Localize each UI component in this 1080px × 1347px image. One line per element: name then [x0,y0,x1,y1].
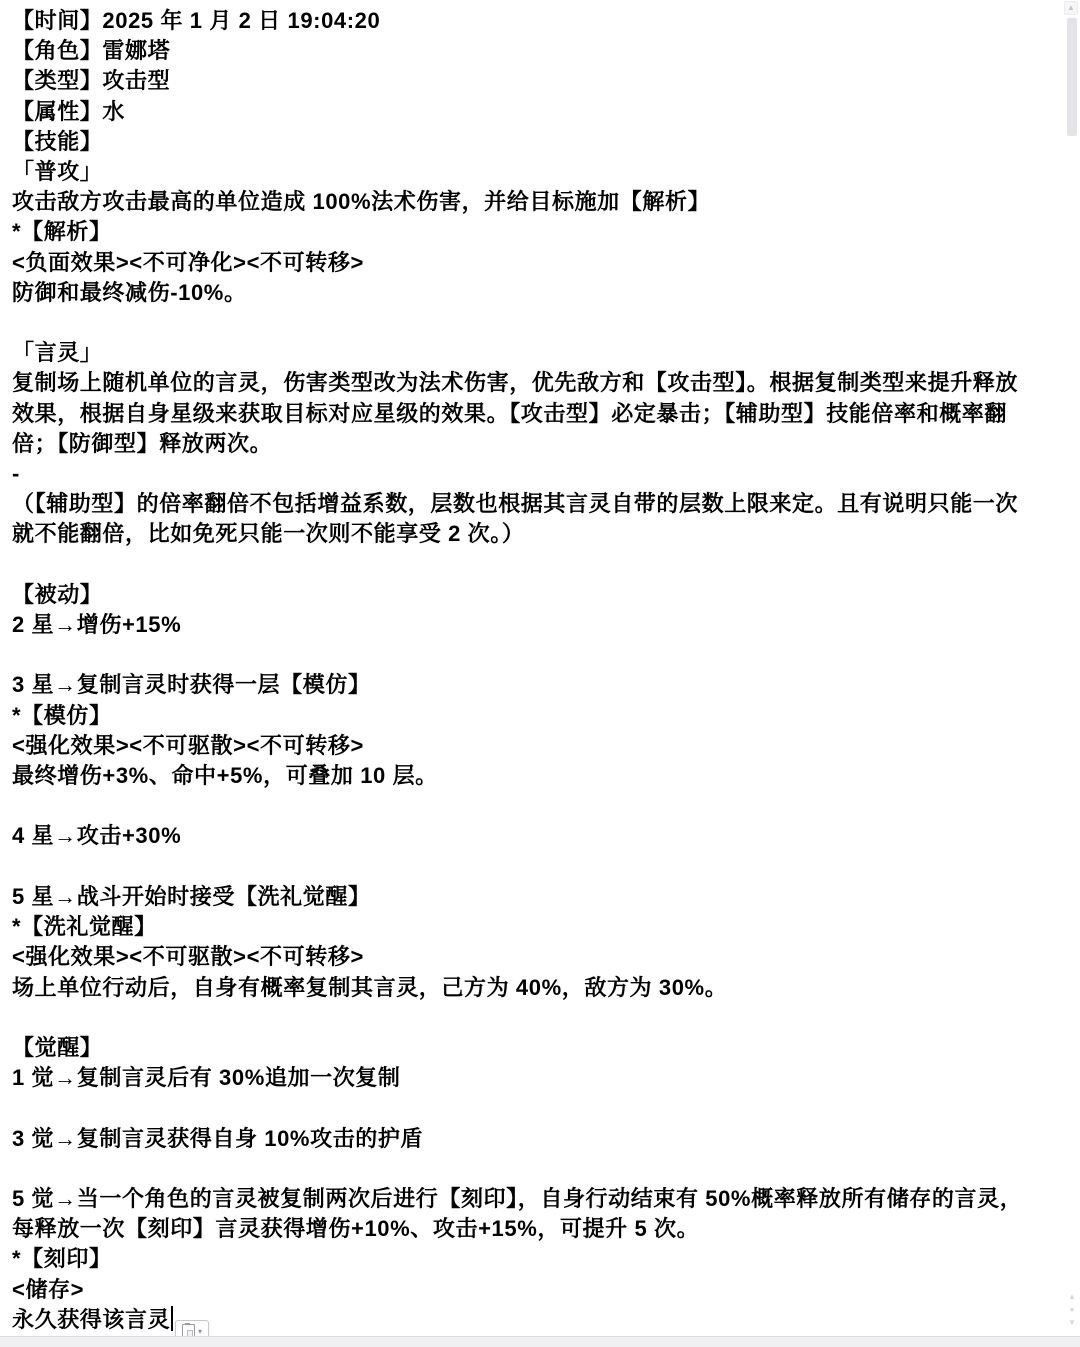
status-bar-edge [0,1336,1080,1347]
text-line [12,791,1052,821]
text-line: <负面效果><不可净化><不可转移> [12,248,1052,278]
text-line: 攻击敌方攻击最高的单位造成 100%法术伤害，并给目标施加【解析】 [12,187,1052,217]
vertical-scrollbar[interactable]: ▲ ▲ ● ▼ [1064,0,1080,1347]
browse-next-icon[interactable]: ▼ [1066,1317,1078,1328]
scroll-up-icon[interactable]: ▲ [1064,1,1078,15]
text-line [12,852,1052,882]
text-line: 【角色】雷娜塔 [12,36,1052,66]
text-line: 【被动】 [12,580,1052,610]
document-text-area[interactable]: 【时间】2025 年 1 月 2 日 19:04:20【角色】雷娜塔【类型】攻击… [0,0,1064,1319]
text-line: 5 觉→当一个角色的言灵被复制两次后进行【刻印】，自身行动结束有 50%概率释放… [12,1184,1052,1214]
text-line [12,308,1052,338]
text-line: <强化效果><不可驱散><不可转移> [12,731,1052,761]
text-line [12,1154,1052,1184]
text-line: *【解析】 [12,217,1052,247]
text-line: <强化效果><不可驱散><不可转移> [12,942,1052,972]
text-line [12,550,1052,580]
text-line: 3 星→复制言灵时获得一层【模仿】 [12,670,1052,700]
text-line: *【模仿】 [12,701,1052,731]
text-line: 1 觉→复制言灵后有 30%追加一次复制 [12,1063,1052,1093]
text-line: 【技能】 [12,127,1052,157]
text-line: 「言灵」 [12,338,1052,368]
text-cursor [171,1306,173,1331]
text-line [12,1003,1052,1033]
text-line: 场上单位行动后，自身有概率复制其言灵，己方为 40%，敌方为 30%。 [12,973,1052,1003]
browse-select-icon[interactable]: ● [1066,1304,1078,1315]
browse-previous-icon[interactable]: ▲ [1066,1291,1078,1302]
text-line [12,640,1052,670]
text-line: 【觉醒】 [12,1033,1052,1063]
text-line [12,1093,1052,1123]
text-line: 3 觉→复制言灵获得自身 10%攻击的护盾 [12,1124,1052,1154]
text-line: 5 星→战斗开始时接受【洗礼觉醒】 [12,882,1052,912]
text-line: 【时间】2025 年 1 月 2 日 19:04:20 [12,6,1052,36]
document-window: 【时间】2025 年 1 月 2 日 19:04:20【角色】雷娜塔【类型】攻击… [0,0,1080,1347]
text-line: 永久获得该言灵 [12,1305,1052,1335]
text-line: 【属性】水 [12,97,1052,127]
text-line: 效果，根据自身星级来获取目标对应星级的效果。【攻击型】必定暴击；【辅助型】技能倍… [12,399,1052,429]
chevron-down-icon: ▾ [198,1328,202,1336]
text-line: （【辅助型】的倍率翻倍不包括增益系数，层数也根据其言灵自带的层数上限来定。且有说… [12,489,1052,519]
text-line: 就不能翻倍，比如免死只能一次则不能享受 2 次。） [12,519,1052,549]
text-line: <储存> [12,1275,1052,1305]
text-line: 倍；【防御型】释放两次。 [12,429,1052,459]
text-line: *【刻印】 [12,1244,1052,1274]
text-line: 4 星→攻击+30% [12,821,1052,851]
text-line: *【洗礼觉醒】 [12,912,1052,942]
text-line: 【类型】攻击型 [12,66,1052,96]
text-line: 2 星→增伤+15% [12,610,1052,640]
text-line: 复制场上随机单位的言灵，伤害类型改为法术伤害，优先敌方和【攻击型】。根据复制类型… [12,368,1052,398]
text-line: 最终增伤+3%、命中+5%，可叠加 10 层。 [12,761,1052,791]
text-line: 防御和最终减伤-10%。 [12,278,1052,308]
text-line: 「普攻」 [12,157,1052,187]
scrollbar-thumb[interactable] [1067,18,1077,136]
text-line: 每释放一次【刻印】言灵获得增伤+10%、攻击+15%，可提升 5 次。 [12,1214,1052,1244]
text-line: - [12,459,1052,489]
